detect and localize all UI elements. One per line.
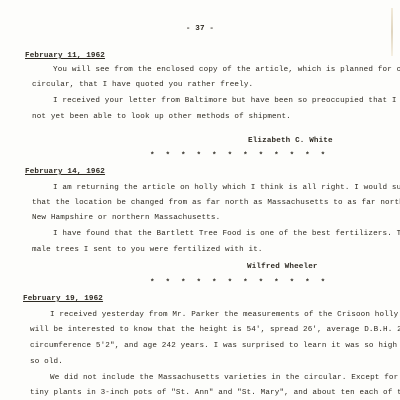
letter-text-line: I received your letter from Baltimore bu… — [53, 96, 400, 106]
letter-text-line: New Hampshire or northern Massachusetts. — [32, 213, 220, 223]
letter-text-line: We did not include the Massachusetts var… — [50, 373, 400, 383]
letter-text-line: I received yesterday from Mr. Parker the… — [50, 310, 400, 320]
letter-text-line: will be interested to know that the heig… — [30, 325, 400, 335]
signature: Wilfred Wheeler — [247, 262, 318, 272]
page-number: - 37 - — [0, 24, 400, 34]
letter-text-line: so old. — [30, 357, 63, 367]
letter-text-line: that the location be changed from as far… — [32, 198, 400, 208]
letter-text-line: tiny plants in 3-inch pots of "St. Ann" … — [30, 388, 400, 398]
letter-text-line: I have found that the Bartlett Tree Food… — [53, 229, 400, 239]
letter-text-line: not yet been able to look up other metho… — [32, 112, 291, 122]
entry-date: February 11, 1962 — [25, 51, 105, 61]
letter-text-line: circular, that I have quoted you rather … — [32, 80, 253, 90]
letter-text-line: I am returning the article on holly whic… — [53, 183, 400, 193]
letter-text-line: male trees I sent to you were fertilized… — [32, 245, 263, 255]
letter-text-line: You will see from the enclosed copy of t… — [53, 65, 400, 75]
entry-date: February 19, 1962 — [23, 294, 103, 304]
separator: * * * * * * * * * * * * — [150, 278, 328, 288]
entry-date: February 14, 1962 — [25, 167, 105, 177]
separator: * * * * * * * * * * * * — [150, 151, 328, 161]
signature: Elizabeth C. White — [248, 136, 333, 146]
letter-text-line: circumference 5'2", and age 242 years. I… — [30, 341, 400, 351]
typewritten-page: - 37 - February 11, 1962 You will see fr… — [0, 0, 400, 400]
